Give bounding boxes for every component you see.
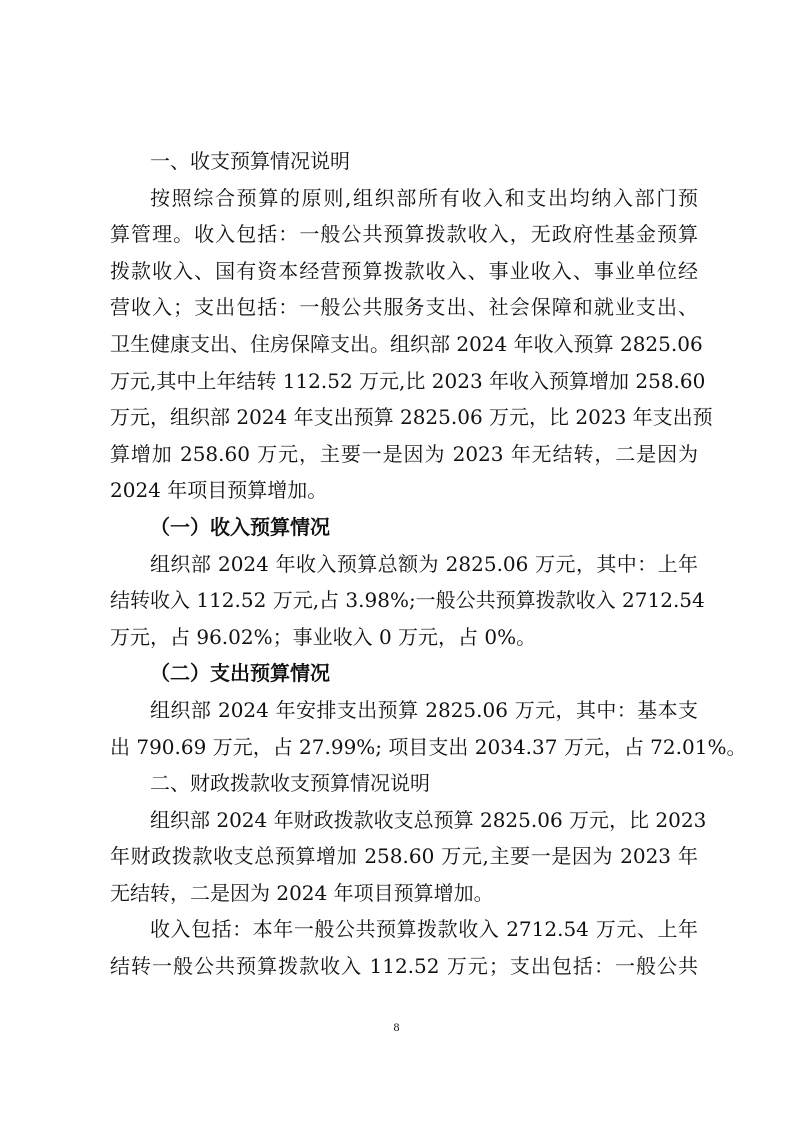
heading-fiscal-appropriation: 二、财政拨款收支预算情况说明 — [110, 765, 698, 802]
text-line: 无结转，二是因为 2024 年项目预算增加。 — [110, 875, 698, 912]
text-line: 结转一般公共预算拨款收入 112.52 万元；支出包括：一般公共 — [110, 948, 698, 985]
text-line: 年财政拨款收支总预算增加 258.60 万元,主要一是因为 2023 年 — [110, 838, 698, 875]
text-line: 万元,其中上年结转 112.52 万元,比 2023 年收入预算增加 258.6… — [110, 363, 698, 400]
page-number: 8 — [0, 1020, 793, 1035]
text-line: 组织部 2024 年安排支出预算 2825.06 万元，其中：基本支 — [110, 692, 698, 729]
heading-income-budget: （一）收入预算情况 — [110, 509, 698, 546]
document-page-body: 一、收支预算情况说明 按照综合预算的原则,组织部所有收入和支出均纳入部门预 算管… — [110, 143, 698, 985]
text-line: 按照综合预算的原则,组织部所有收入和支出均纳入部门预 — [110, 180, 698, 217]
heading-budget-overview: 一、收支预算情况说明 — [110, 143, 698, 180]
text-line: 算管理。收入包括：一般公共预算拨款收入，无政府性基金预算 — [110, 216, 698, 253]
text-line: 营收入；支出包括：一般公共服务支出、社会保障和就业支出、 — [110, 289, 698, 326]
heading-expenditure-budget: （二）支出预算情况 — [110, 655, 698, 692]
text-line: 组织部 2024 年财政拨款收支总预算 2825.06 万元，比 2023 — [110, 802, 698, 839]
paragraph-fiscal-appropriation: 组织部 2024 年财政拨款收支总预算 2825.06 万元，比 2023 年财… — [110, 802, 698, 912]
text-line: 收入包括：本年一般公共预算拨款收入 2712.54 万元、上年 — [110, 911, 698, 948]
text-line: 算增加 258.60 万元，主要一是因为 2023 年无结转，二是因为 — [110, 436, 698, 473]
text-line: 组织部 2024 年收入预算总额为 2825.06 万元，其中：上年 — [110, 546, 698, 583]
paragraph-expenditure-budget: 组织部 2024 年安排支出预算 2825.06 万元，其中：基本支 出 790… — [110, 692, 698, 765]
paragraph-budget-overview: 按照综合预算的原则,组织部所有收入和支出均纳入部门预 算管理。收入包括：一般公共… — [110, 180, 698, 509]
paragraph-income-budget: 组织部 2024 年收入预算总额为 2825.06 万元，其中：上年 结转收入 … — [110, 546, 698, 656]
text-line: 卫生健康支出、住房保障支出。组织部 2024 年收入预算 2825.06 — [110, 326, 698, 363]
text-line: 2024 年项目预算增加。 — [110, 472, 698, 509]
text-line: 万元，占 96.02%；事业收入 0 万元，占 0%。 — [110, 619, 698, 656]
text-line: 结转收入 112.52 万元,占 3.98%;一般公共预算拨款收入 2712.5… — [110, 582, 698, 619]
text-line: 出 790.69 万元，占 27.99%; 项目支出 2034.37 万元，占 … — [110, 729, 698, 766]
text-line: 拨款收入、国有资本经营预算拨款收入、事业收入、事业单位经 — [110, 253, 698, 290]
paragraph-income-expenditure-items: 收入包括：本年一般公共预算拨款收入 2712.54 万元、上年 结转一般公共预算… — [110, 911, 698, 984]
text-line: 万元，组织部 2024 年支出预算 2825.06 万元，比 2023 年支出预 — [110, 399, 698, 436]
